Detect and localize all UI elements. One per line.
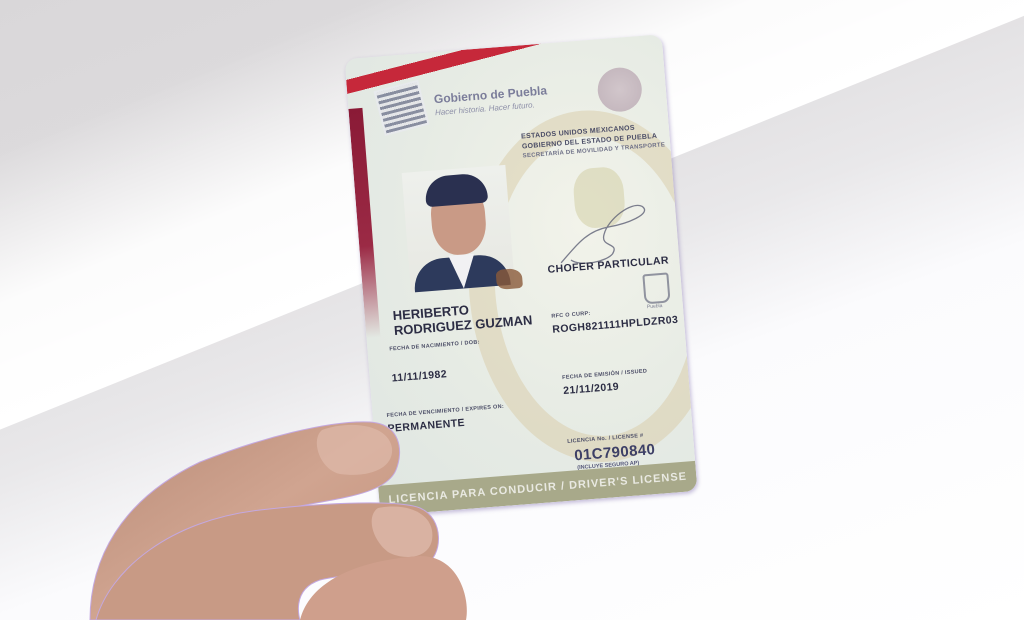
expires-value: PERMANENTE — [387, 417, 465, 435]
state-map-emblem-icon — [496, 268, 523, 290]
state-shield-icon — [642, 272, 670, 304]
dob-value: 11/11/1982 — [391, 368, 447, 384]
driver-license-card: Gobierno de Puebla Hacer historia. Hacer… — [345, 34, 698, 516]
state-shield-label: Puebla — [647, 303, 663, 310]
dob-label: FECHA DE NACIMIENTO / DOB: — [389, 339, 480, 352]
expires-label: FECHA DE VENCIMIENTO / EXPIRES ON: — [386, 404, 504, 419]
